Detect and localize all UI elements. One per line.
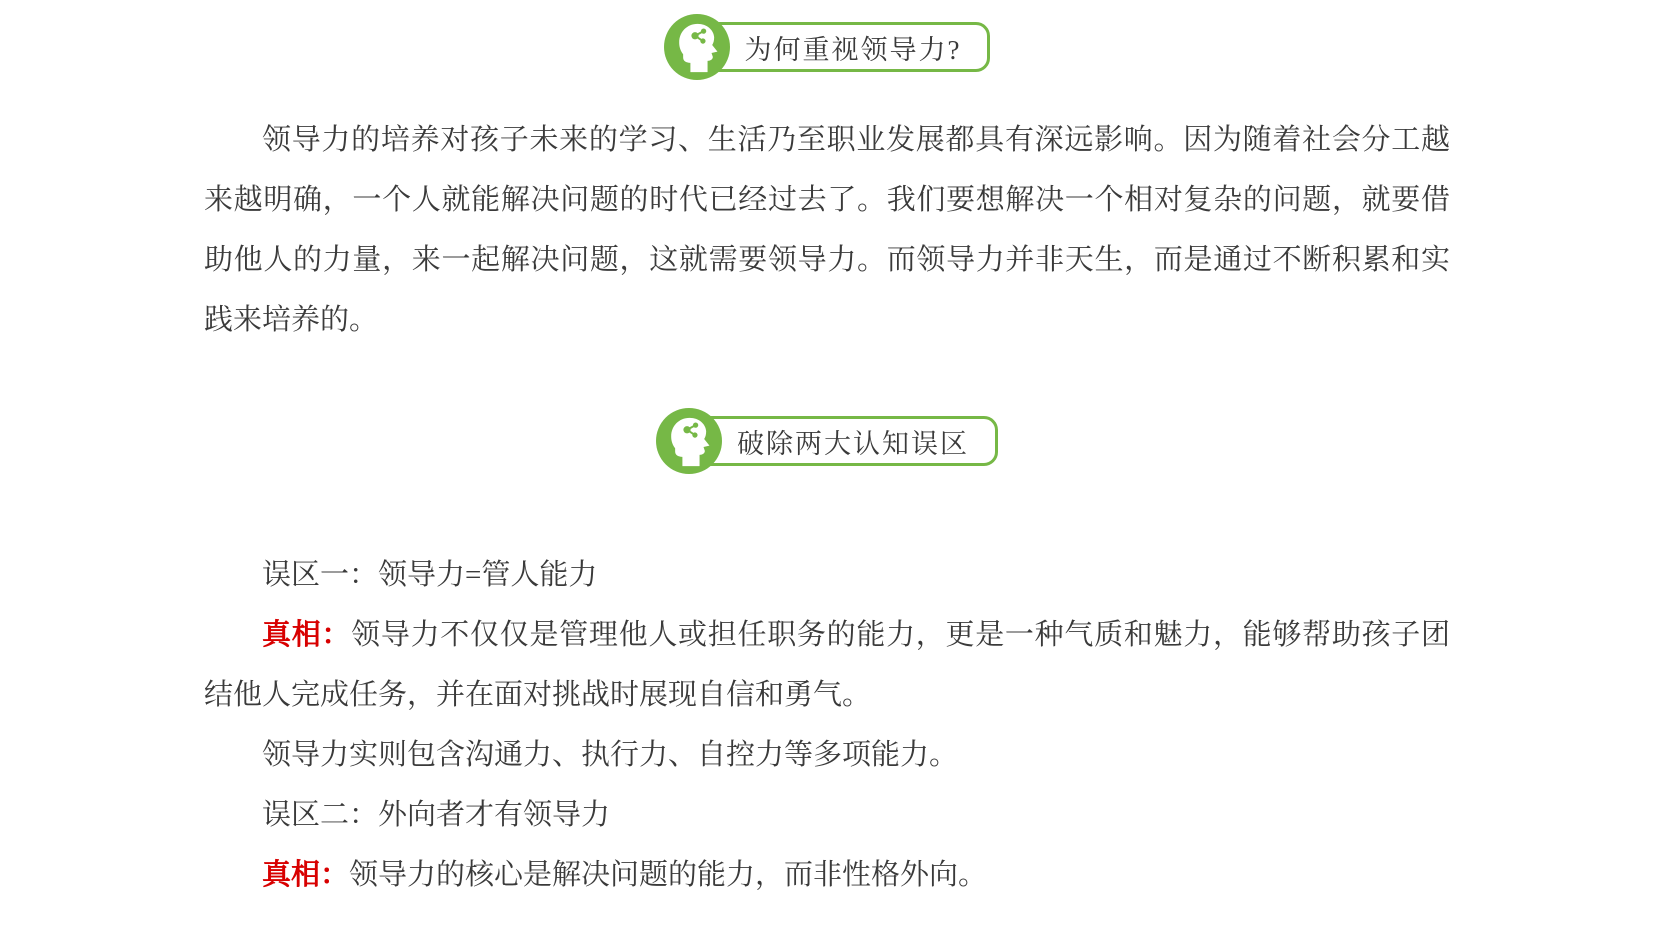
truth-1: 真相：领导力不仅仅是管理他人或担任职务的能力，更是一种气质和魅力，能够帮助孩子团… [204, 605, 1450, 725]
document-page: 为何重视领导力? 领导力的培养对孩子未来的学习、生活乃至职业发展都具有深远影响。… [204, 0, 1450, 905]
leadership-note-text: 领导力实则包含沟通力、执行力、自控力等多项能力。 [262, 739, 958, 771]
section-myths-header: 破除两大认知误区 [204, 350, 1450, 474]
myths-block: 误区一：领导力=管人能力 真相：领导力不仅仅是管理他人或担任职务的能力，更是一种… [204, 545, 1450, 905]
head-idea-icon [656, 408, 722, 474]
truth-2: 真相：领导力的核心是解决问题的能力，而非性格外向。 [204, 845, 1450, 905]
myth-2-text: 误区二：外向者才有领导力 [262, 799, 610, 831]
myth-2-title: 误区二：外向者才有领导力 [204, 785, 1450, 845]
section-badge: 破除两大认知误区 [656, 408, 998, 474]
section-badge: 为何重视领导力? [664, 14, 991, 80]
truth-label: 真相： [262, 619, 351, 651]
truth-2-text: 领导力的核心是解决问题的能力，而非性格外向。 [349, 859, 987, 891]
why-leadership-paragraph: 领导力的培养对孩子未来的学习、生活乃至职业发展都具有深远影响。因为随着社会分工越… [204, 110, 1450, 350]
truth-1-text: 领导力不仅仅是管理他人或担任职务的能力，更是一种气质和魅力，能够帮助孩子团结他人… [204, 619, 1450, 711]
leadership-note: 领导力实则包含沟通力、执行力、自控力等多项能力。 [204, 725, 1450, 785]
truth-label: 真相： [262, 859, 349, 891]
myth-1-title: 误区一：领导力=管人能力 [204, 545, 1450, 605]
myth-1-text: 误区一：领导力=管人能力 [262, 559, 597, 591]
head-idea-icon [664, 14, 730, 80]
section-why-header: 为何重视领导力? [204, 0, 1450, 80]
